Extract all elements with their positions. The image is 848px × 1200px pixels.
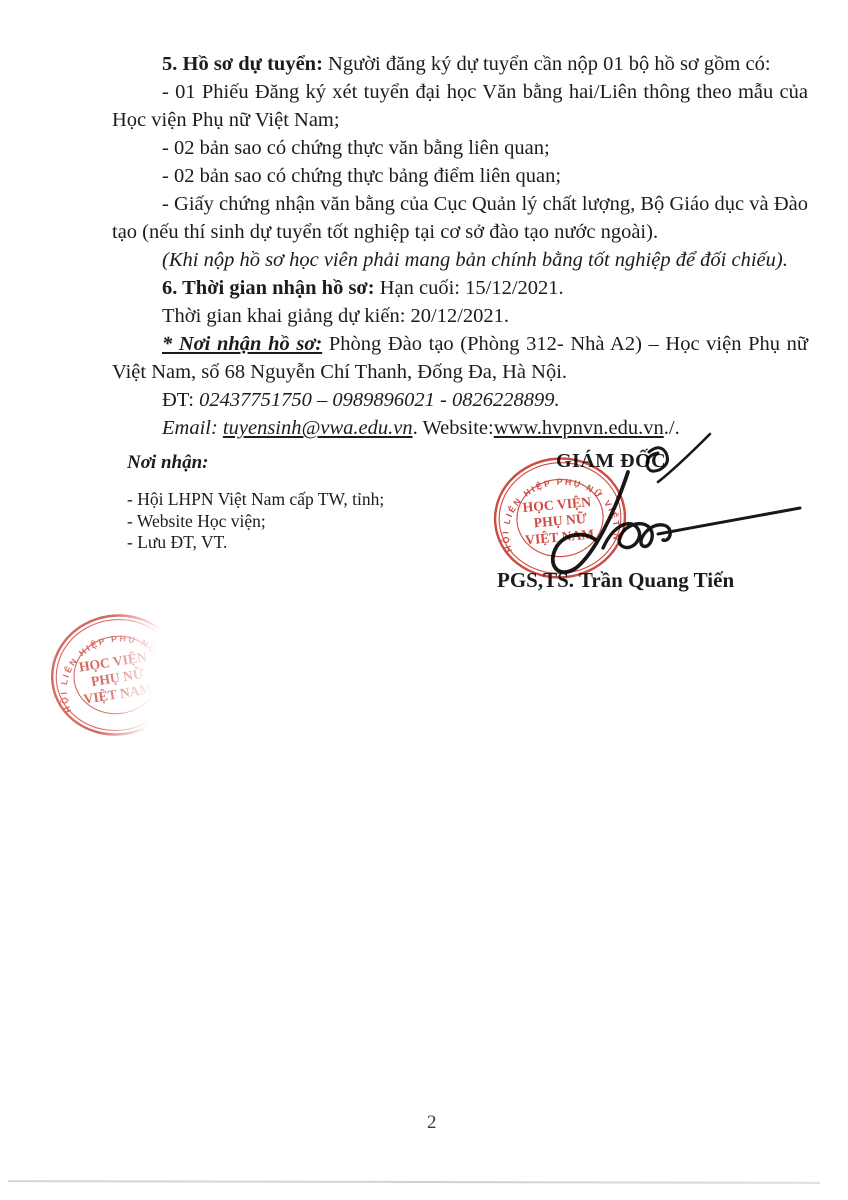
partial-red-stamp: HỘI LIÊN HIỆP PHỤ NỮ VIỆT NAM HỌC VIỆN P… (48, 612, 188, 744)
scanned-document-page: 5. Hồ sơ dự tuyển: Người đăng ký dự tuyể… (0, 0, 848, 1200)
paragraph-thoi-gian: 6. Thời gian nhận hồ sơ: Hạn cuối: 15/12… (112, 274, 808, 302)
paragraph-ho-so-du-tuyen: 5. Hồ sơ dự tuyển: Người đăng ký dự tuyể… (112, 50, 808, 78)
section5-heading: 5. Hồ sơ dự tuyển: (162, 53, 323, 75)
list-item-giay-chung-nhan: - Giấy chứng nhận văn bằng của Cục Quản … (112, 190, 808, 246)
paragraph-noi-nhan-ho-so: * Nơi nhận hồ sơ: Phòng Đào tạo (Phòng 3… (112, 330, 808, 386)
recipient-item: - Hội LHPN Việt Nam cấp TW, tỉnh; (127, 489, 384, 511)
phone-label: ĐT: (162, 389, 199, 411)
section5-intro: Người đăng ký dự tuyển cần nộp 01 bộ hồ … (323, 53, 771, 75)
page-number: 2 (427, 1112, 437, 1134)
recipient-item: - Lưu ĐT, VT. (127, 532, 384, 554)
section6-deadline: Hạn cuối: 15/12/2021. (375, 277, 564, 299)
email-address: tuyensinh@vwa.edu.vn (223, 417, 413, 439)
recipients-block: Nơi nhận: - Hội LHPN Việt Nam cấp TW, tỉ… (127, 452, 384, 554)
phone-numbers: 02437751750 – 0989896021 - 0826228899. (199, 389, 559, 411)
list-item-phieu-dang-ky: - 01 Phiếu Đăng ký xét tuyển đại học Văn… (112, 78, 808, 134)
document-body: 5. Hồ sơ dự tuyển: Người đăng ký dự tuyể… (112, 50, 808, 442)
signer-name: PGS,TS. Trần Quang Tiến (497, 568, 734, 593)
recipients-list: - Hội LHPN Việt Nam cấp TW, tỉnh; - Webs… (127, 489, 384, 554)
list-item-bang-diem: - 02 bản sao có chứng thực bảng điểm liê… (112, 162, 808, 190)
email-label: Email: (162, 417, 223, 439)
website-label: Website: (422, 417, 493, 439)
note-doi-chieu: (Khi nộp hồ sơ học viên phải mang bản ch… (112, 246, 808, 274)
recipients-heading: Nơi nhận: (127, 452, 384, 474)
paragraph-phone: ĐT: 02437751750 – 0989896021 - 082622889… (112, 386, 808, 414)
stamp-fade-overlay (44, 608, 192, 748)
place-heading: * Nơi nhận hồ sơ: (162, 333, 322, 355)
scan-artifact-line (8, 1180, 820, 1183)
list-item-van-bang: - 02 bản sao có chứng thực văn bằng liên… (112, 134, 808, 162)
paragraph-khai-giang: Thời gian khai giảng dự kiến: 20/12/2021… (112, 302, 808, 330)
section6-heading: 6. Thời gian nhận hồ sơ: (162, 277, 375, 299)
recipient-item: - Website Học viện; (127, 511, 384, 533)
email-separator: . (413, 417, 423, 439)
